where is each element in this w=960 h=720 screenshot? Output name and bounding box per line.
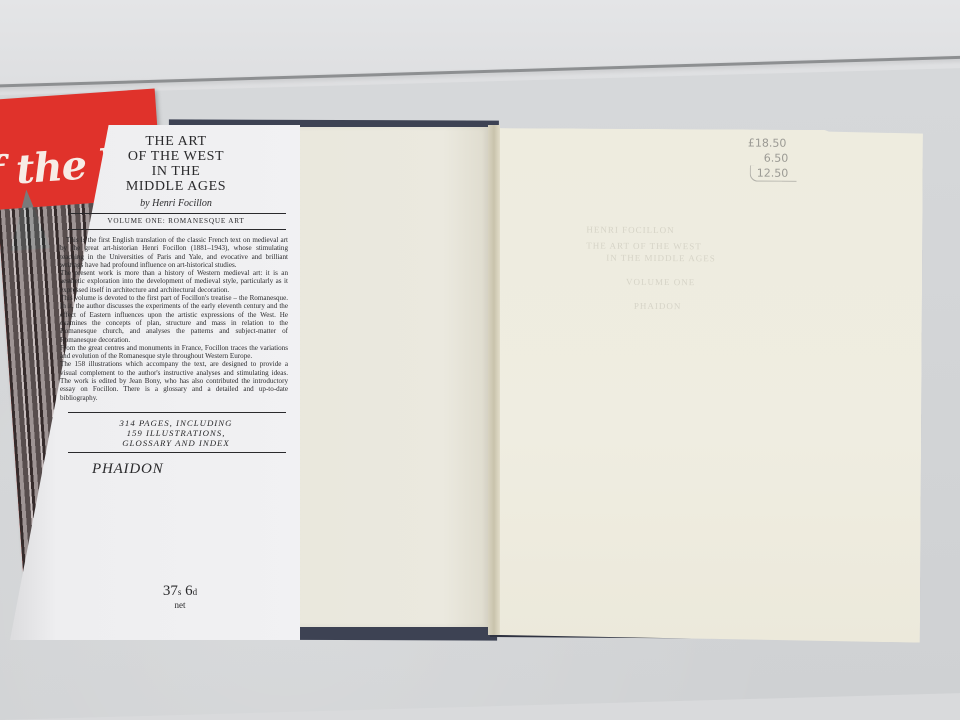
pages-line: 159 ILLUSTRATIONS, bbox=[60, 428, 292, 438]
price-pence: 6 bbox=[185, 583, 193, 599]
divider bbox=[68, 412, 286, 413]
flap-author: by Henri Focillon bbox=[60, 198, 292, 209]
faint-title-line: THE ART OF THE WEST bbox=[586, 241, 836, 253]
book-gutter bbox=[488, 125, 500, 635]
divider bbox=[68, 452, 286, 453]
flap-volume: VOLUME ONE: ROMANESQUE ART bbox=[60, 217, 292, 225]
blurb-paragraph: The present work is more than a history … bbox=[60, 269, 288, 294]
flap-text-block: THE ART OF THE WEST IN THE MIDDLE AGES b… bbox=[60, 130, 292, 635]
price-shillings: 37 bbox=[163, 583, 178, 599]
pencil-price-notes: £18.50 6.50 12.50 bbox=[740, 135, 830, 182]
faint-title-line: IN THE MIDDLE AGES bbox=[606, 253, 856, 265]
faint-title-line: VOLUME ONE bbox=[626, 277, 876, 289]
book-photo-scene: f the WE HENRI FOCILLON THE ART OF THE W… bbox=[0, 0, 960, 720]
price-value: 37s 6d bbox=[160, 583, 200, 600]
pages-line: GLOSSARY AND INDEX bbox=[60, 438, 292, 448]
flap-price: 37s 6d net bbox=[160, 583, 200, 610]
flap-publisher: PHAIDON bbox=[92, 461, 292, 478]
price-s-mark: s bbox=[178, 587, 182, 597]
pages-line: 314 PAGES, INCLUDING bbox=[60, 418, 292, 428]
blurb-paragraph: This volume is devoted to the first part… bbox=[60, 294, 288, 344]
flap-title-line: IN THE bbox=[60, 164, 292, 179]
flap-title-line: OF THE WEST bbox=[60, 149, 292, 164]
faint-title-line: HENRI FOCILLON bbox=[586, 225, 836, 237]
flap-title: THE ART OF THE WEST IN THE MIDDLE AGES bbox=[60, 134, 292, 194]
pencil-note: 6.50 bbox=[764, 151, 830, 166]
divider bbox=[68, 213, 286, 214]
flap-pages-info: 314 PAGES, INCLUDING 159 ILLUSTRATIONS, … bbox=[60, 418, 292, 448]
price-net: net bbox=[160, 600, 200, 610]
blurb-paragraph: The 158 illustrations which accompany th… bbox=[60, 360, 288, 401]
title-page: HENRI FOCILLON THE ART OF THE WEST IN TH… bbox=[492, 128, 923, 643]
blurb-paragraph: From the great centres and monuments in … bbox=[60, 344, 288, 361]
flap-title-line: THE ART bbox=[60, 134, 292, 149]
flap-blurb: This is the first English translation of… bbox=[60, 230, 292, 402]
price-d-mark: d bbox=[193, 587, 198, 597]
blurb-paragraph: This is the first English translation of… bbox=[60, 236, 288, 269]
pencil-note: 12.50 bbox=[750, 166, 797, 182]
flap-title-line: MIDDLE AGES bbox=[60, 179, 292, 194]
faint-title-line: PHAIDON bbox=[634, 301, 884, 313]
pencil-note: £18.50 bbox=[748, 136, 830, 152]
